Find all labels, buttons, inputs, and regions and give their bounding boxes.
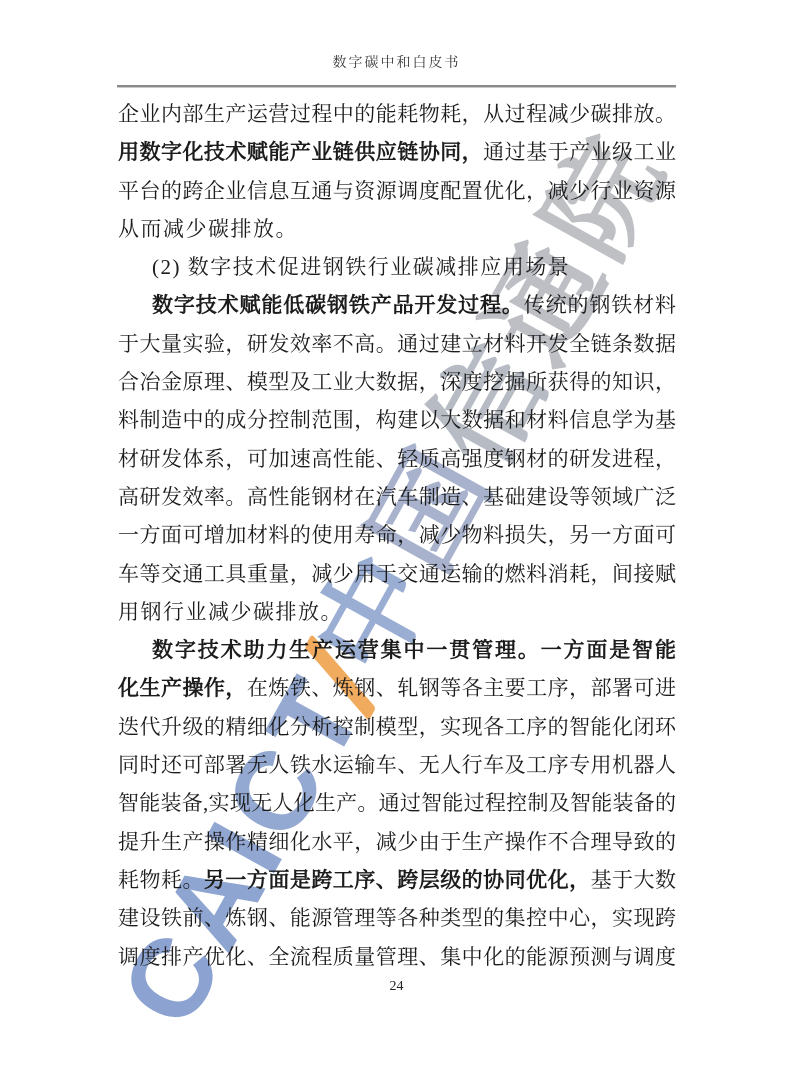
page-number: 24 <box>0 979 793 995</box>
text-line: 耗物耗。另一方面是跨工序、跨层级的协同优化，基于大数据平台， <box>118 861 676 899</box>
document-page: CAICT中国信通院 数字碳中和白皮书 企业内部生产运营过程中的能耗物耗，从过程… <box>0 0 793 1077</box>
text-segment: 用钢行业减少碳排放。 <box>118 600 343 624</box>
bold-text-segment: 化生产操作， <box>118 677 247 700</box>
text-segment: 企业内部生产运营过程中的能耗物耗，从过程减少碳排放。 <box>118 102 676 126</box>
bold-text-segment: 用数字化技术赋能产业链供应链协同， <box>118 141 483 164</box>
text-line: 车等交通工具重量，减少用于交通运输的燃料消耗，间接赋能下游 <box>118 555 676 593</box>
text-segment: 调度排产优化、全流程质量管理、集中化的能源预测与调度优化以 <box>118 945 676 976</box>
text-segment: 料制造中的成分控制范围，构建以大数据和材料信息学为基础的钢 <box>118 408 676 439</box>
text-segment: 于大量实验，研发效率不高。通过建立材料开发全链条数据库，结 <box>118 332 676 363</box>
text-segment: 同时还可部署无人铁水运输车、无人行车及工序专用机器人等各类 <box>118 753 676 784</box>
bold-text-segment: 另一方面是跨工序、跨层级的协同优化， <box>204 869 591 892</box>
text-segment: 提升生产操作精细化水平，减少由于生产操作不合理导致的多余能 <box>118 830 676 861</box>
text-segment: 高研发效率。高性能钢材在汽车制造、基础建设等领域广泛应用， <box>118 485 676 516</box>
text-line: 迭代升级的精细化分析控制模型，实现各工序的智能化闭环控制。 <box>118 708 676 746</box>
text-segment: 从而减少碳排放。 <box>118 217 298 241</box>
text-segment: 车等交通工具重量，减少用于交通运输的燃料消耗，间接赋能下游 <box>118 562 676 593</box>
text-segment: 智能装备,实现无人化生产。通过智能过程控制及智能装备的应用， <box>118 791 676 822</box>
header-divider <box>117 85 676 88</box>
text-segment: 耗物耗。 <box>118 868 204 892</box>
text-line: 建设铁前、炼钢、能源管理等各种类型的集控中心，实现跨工序的 <box>118 899 676 937</box>
text-line: 提升生产操作精细化水平，减少由于生产操作不合理导致的多余能 <box>118 823 676 861</box>
text-line: 同时还可部署无人铁水运输车、无人行车及工序专用机器人等各类 <box>118 746 676 784</box>
text-line: 合冶金原理、模型及工业大数据，深度挖掘所获得的知识，指导材 <box>118 363 676 401</box>
page-header-title: 数字碳中和白皮书 <box>0 52 793 72</box>
text-line: 化生产操作，在炼铁、炼钢、轧钢等各主要工序，部署可进行自我 <box>118 669 676 707</box>
text-line: 高研发效率。高性能钢材在汽车制造、基础建设等领域广泛应用， <box>118 478 676 516</box>
text-line: 数字技术赋能低碳钢铁产品开发过程。传统的钢铁材料研发基 <box>118 286 676 324</box>
text-segment: 迭代升级的精细化分析控制模型，实现各工序的智能化闭环控制。 <box>118 715 676 746</box>
text-line: 企业内部生产运营过程中的能耗物耗，从过程减少碳排放。三是利 <box>118 95 676 133</box>
text-line: 数字技术助力生产运营集中一贯管理。一方面是智能化、无人 <box>118 631 676 669</box>
body-text-block: 企业内部生产运营过程中的能耗物耗，从过程减少碳排放。三是利用数字化技术赋能产业链… <box>118 95 676 976</box>
text-line: 于大量实验，研发效率不高。通过建立材料开发全链条数据库，结 <box>118 325 676 363</box>
text-line: 平台的跨企业信息互通与资源调度配置优化，减少行业资源浪费， <box>118 172 676 210</box>
text-line: 智能装备,实现无人化生产。通过智能过程控制及智能装备的应用， <box>118 784 676 822</box>
text-segment: 平台的跨企业信息互通与资源调度配置优化，减少行业资源浪费， <box>118 179 676 210</box>
text-line: 一方面可增加材料的使用寿命，减少物料损失，另一方面可减轻汽 <box>118 516 676 554</box>
text-segment: (2) 数字技术促进钢铁行业碳减排应用场景 <box>152 255 570 279</box>
text-line: 从而减少碳排放。 <box>118 210 676 248</box>
text-segment: 材研发体系，可加速高性能、轻质高强度钢材的研发进程，显著提 <box>118 447 676 478</box>
text-segment: 建设铁前、炼钢、能源管理等各种类型的集控中心，实现跨工序的 <box>118 906 676 937</box>
text-line: 料制造中的成分控制范围，构建以大数据和材料信息学为基础的钢 <box>118 401 676 439</box>
bold-text-segment: 数字技术助力生产运营集中一贯管理。一方面是智能化、无人 <box>118 639 676 669</box>
text-line: 用数字化技术赋能产业链供应链协同，通过基于产业级工业互联网 <box>118 133 676 171</box>
text-segment: 一方面可增加材料的使用寿命，减少物料损失，另一方面可减轻汽 <box>118 523 676 554</box>
text-line: 调度排产优化、全流程质量管理、集中化的能源预测与调度优化以 <box>118 938 676 976</box>
text-line: 材研发体系，可加速高性能、轻质高强度钢材的研发进程，显著提 <box>118 440 676 478</box>
text-line: 用钢行业减少碳排放。 <box>118 593 676 631</box>
bold-text-segment: 数字技术赋能低碳钢铁产品开发过程。 <box>152 294 524 317</box>
text-segment: 合冶金原理、模型及工业大数据，深度挖掘所获得的知识，指导材 <box>118 370 676 401</box>
text-line: (2) 数字技术促进钢铁行业碳减排应用场景 <box>118 248 676 286</box>
